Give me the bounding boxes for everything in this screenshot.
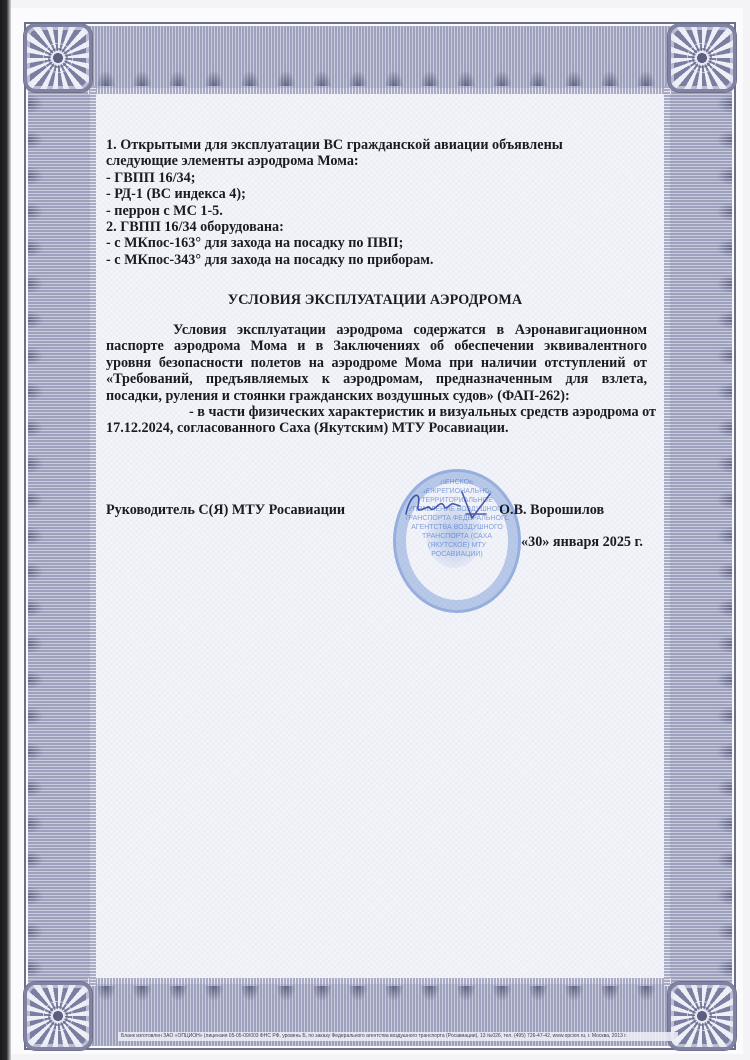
paragraph-line: «Требований, предъявляемых к аэродромам,… (106, 371, 647, 387)
aerodrome-elements-list: 1. Открытыми для эксплуатации ВС граждан… (106, 137, 563, 268)
section-heading: УСЛОВИЯ ЭКСПЛУАТАЦИИ АЭРОДРОМА (0, 292, 750, 309)
list-line: - перрон с МС 1-5. (106, 203, 563, 219)
signature-icon (400, 484, 495, 526)
signatory-name: О.В. Ворошилов (499, 502, 604, 518)
paragraph-line: - в части физических характеристик и виз… (106, 404, 647, 420)
paragraph-line: 17.12.2024, согласованного Саха (Якутски… (106, 420, 647, 436)
paragraph-line: паспорте аэродрома Мома и в Заключениях … (106, 338, 647, 354)
list-line: - с МКпос-163° для захода на посадку по … (106, 235, 563, 251)
paragraph-line: Условия эксплуатации аэродрома содержатс… (106, 322, 647, 338)
list-line: - РД-1 (ВС индекса 4); (106, 186, 563, 202)
paragraph-line: уровня безопасности полетов на аэродроме… (106, 355, 647, 371)
paragraph-line: посадки, руления и стоянки гражданских в… (106, 388, 647, 404)
conditions-paragraph: Условия эксплуатации аэродрома содержатс… (106, 322, 647, 437)
list-line: 1. Открытыми для эксплуатации ВС граждан… (106, 137, 563, 153)
document-content: 1. Открытыми для эксплуатации ВС граждан… (0, 0, 750, 1060)
list-line: - ГВПП 16/34; (106, 170, 563, 186)
signature-date: «30» января 2025 г. (521, 534, 643, 550)
list-line: следующие элементы аэродрома Мома: (106, 153, 563, 169)
signatory-role: Руководитель С(Я) МТУ Росавиации (106, 502, 345, 518)
list-line: - с МКпос-343° для захода на посадку по … (106, 252, 563, 268)
list-line: 2. ГВПП 16/34 оборудована: (106, 219, 563, 235)
